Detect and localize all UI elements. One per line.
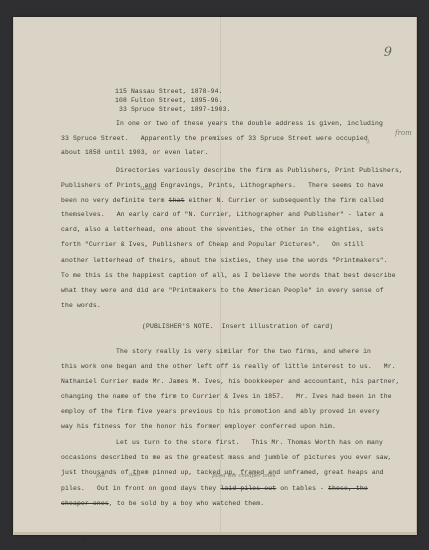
address-line: 108 Fulton Street, 1895-96. — [115, 96, 231, 105]
text-line: what they were and did are "Printmakers … — [61, 283, 384, 298]
ink-blot-mark: ❀ — [80, 531, 94, 549]
text-line: In one or two of these years the double … — [116, 116, 383, 131]
text-segment: either N. Currier or subsequently the fi… — [185, 197, 384, 204]
text-line-with-correction: piles. Out in front on good days they la… — [61, 481, 368, 496]
text-line: occasions described to me as the greates… — [61, 450, 392, 465]
struck-text: cheaper ones — [61, 500, 109, 507]
text-line-with-correction: cheaper ones, to be sold by a boy who wa… — [61, 496, 264, 511]
text-line-with-correction: been no very definite term that either N… — [61, 193, 384, 208]
struck-text: these, the — [328, 485, 368, 492]
handwritten-margin-note: from — [395, 129, 412, 137]
text-segment: on tables - — [276, 485, 328, 492]
text-line: card, also a letterhead, one about the s… — [61, 222, 384, 237]
text-line: the words. — [61, 298, 101, 313]
handwritten-insertion: also — [129, 472, 140, 478]
text-segment: been no very definite term — [61, 197, 169, 204]
text-line: 33 Spruce Street. Apparently the premise… — [61, 131, 368, 146]
text-line: way his fitness for the honor his former… — [61, 419, 336, 434]
text-line: forth "Currier & Ives, Publishers of Che… — [61, 237, 364, 252]
handwritten-mark: \\ — [366, 139, 370, 145]
address-line: 33 Spruce Street, 1897-1903. — [115, 105, 231, 114]
handwritten-insertion: used — [140, 184, 157, 192]
text-line: another letterhead of theirs, about the … — [61, 253, 388, 268]
text-line: Directories variously describe the firm … — [116, 163, 403, 178]
text-line: this work one began and the other left o… — [61, 359, 396, 374]
text-line: employ of the firm five years previous t… — [61, 404, 380, 419]
text-line: about 1858 until 1903, or even later. — [61, 145, 208, 160]
address-block: 115 Nassau Street, 1878-94.108 Fulton St… — [115, 87, 231, 114]
text-line: Publishers of Prints and Engravings, Pri… — [61, 178, 384, 193]
publishers-note: (PUBLISHER'S NOTE. Insert illustration o… — [142, 319, 333, 334]
handwritten-insertion: put — [96, 473, 105, 479]
text-line: changing the name of the firm to Currier… — [61, 389, 392, 404]
text-line: themselves. An early card of "N. Currier… — [61, 207, 384, 222]
address-line: 115 Nassau Street, 1878-94. — [115, 87, 231, 96]
document-page: 9 115 Nassau Street, 1878-94.108 Fulton … — [13, 17, 417, 535]
struck-text: that — [169, 197, 185, 204]
text-segment: , to be sold by a boy who watched them. — [109, 500, 264, 507]
struck-text: laid piles out — [220, 485, 276, 492]
handwritten-insertion: piled the cheaper ones — [212, 473, 276, 479]
text-segment: piles. Out in front on good days they — [61, 485, 220, 492]
page-number: 9 — [384, 45, 392, 60]
text-line: The story really is very similar for the… — [116, 344, 371, 359]
text-line: To me this is the happiest caption of al… — [61, 268, 396, 283]
text-line: Let us turn to the store first. This Mr.… — [116, 435, 383, 450]
text-line: Nathaniel Currier made Mr. James M. Ives… — [61, 374, 400, 389]
